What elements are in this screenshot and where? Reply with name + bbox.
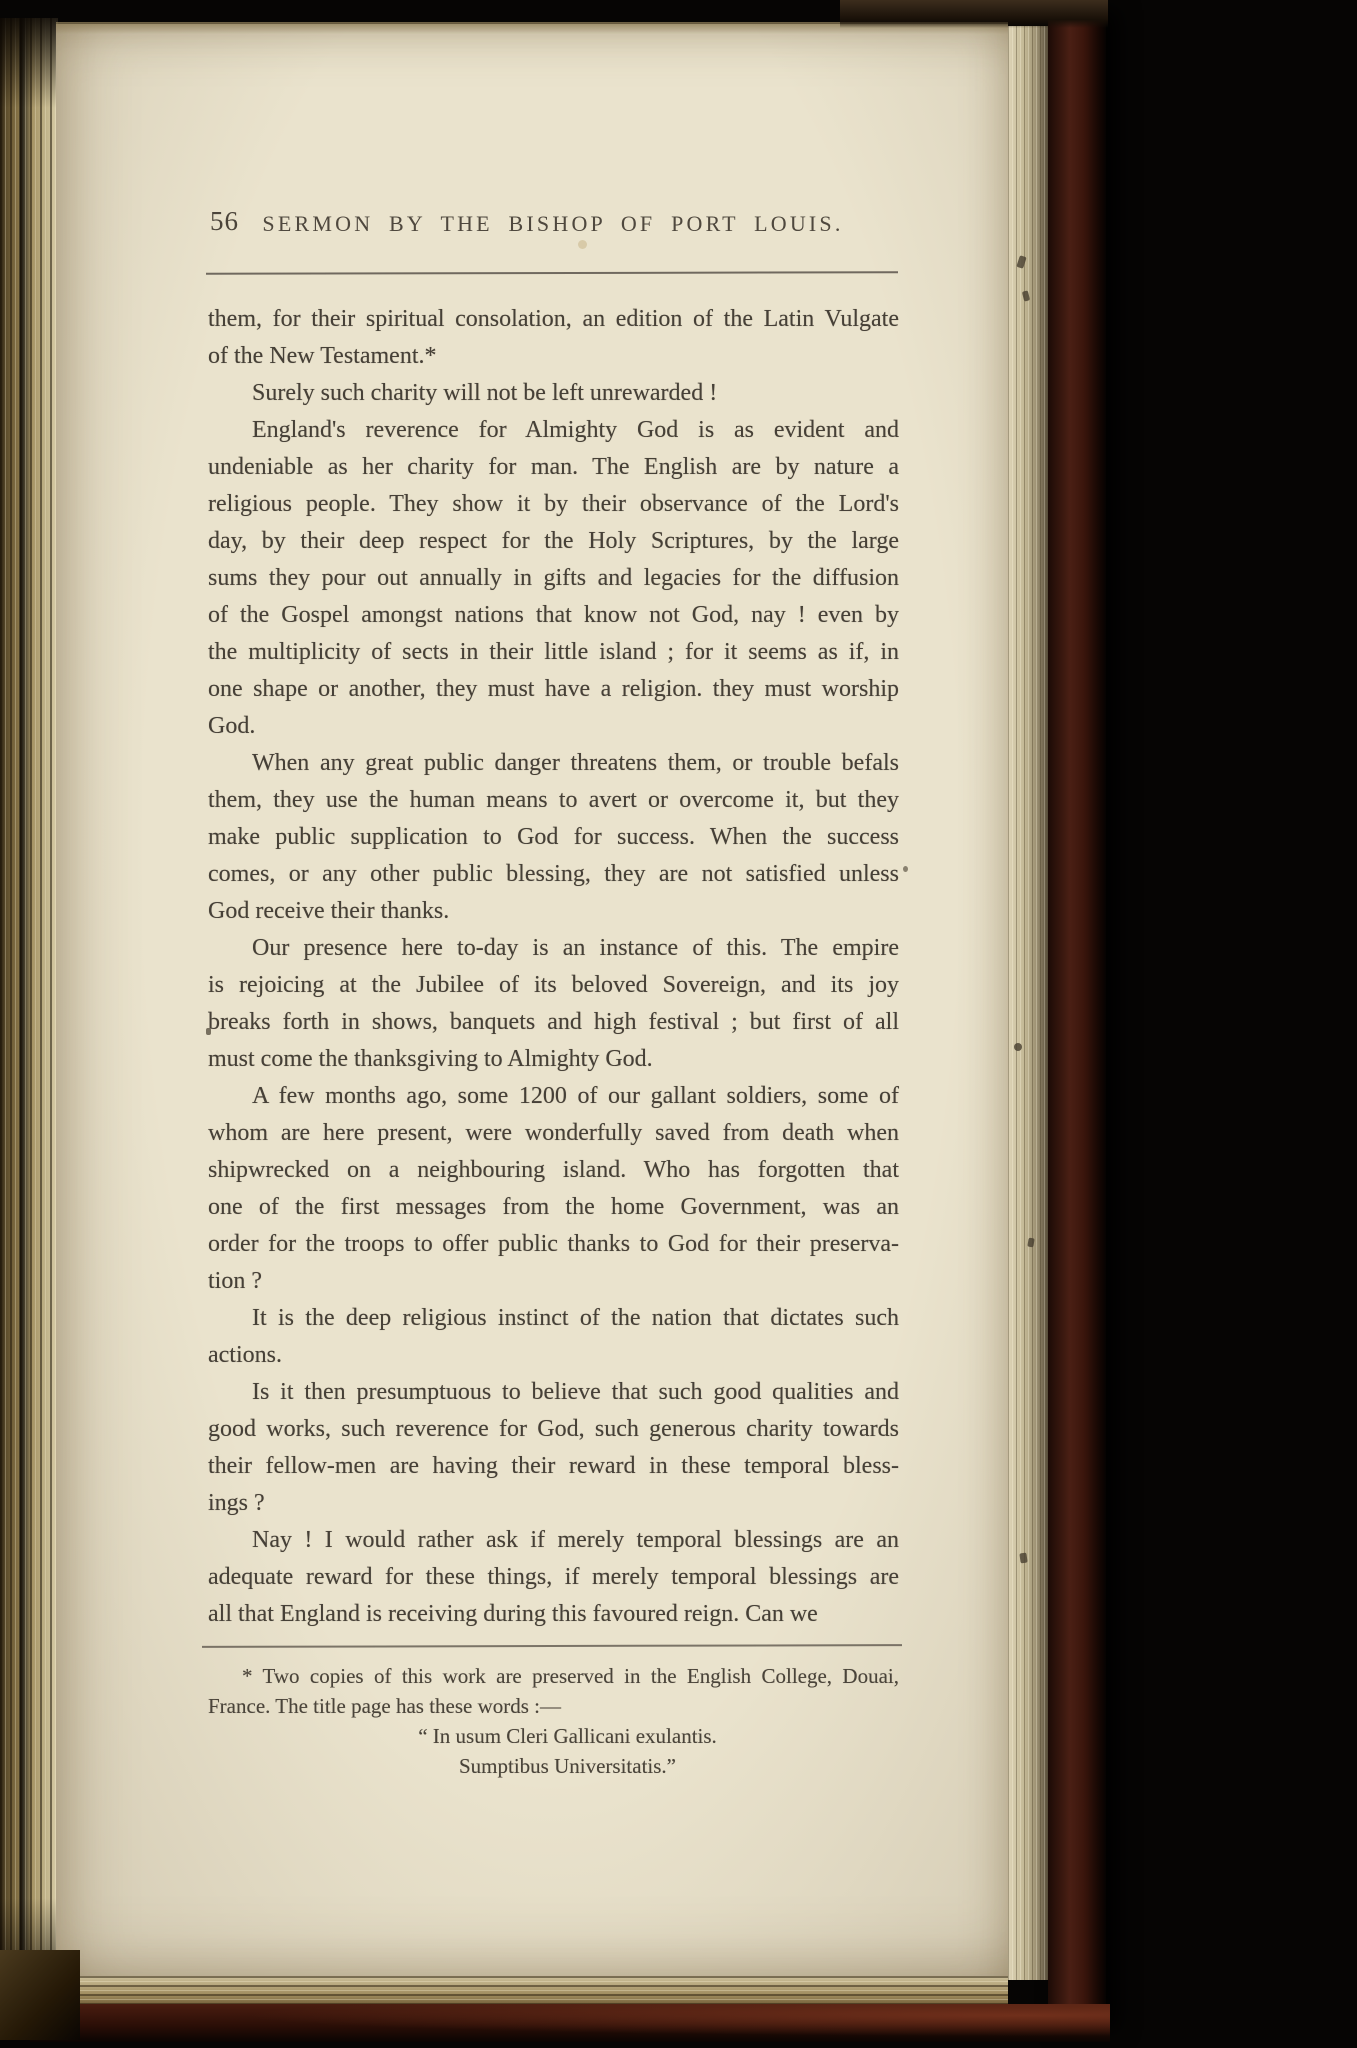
text-line: good works, such reverence for God, such… xyxy=(208,1411,899,1448)
text-line: them, for their spiritual consolation, a… xyxy=(208,301,899,338)
text-line: God receive their thanks. xyxy=(208,893,899,930)
text-line: their fellow-men are having their reward… xyxy=(208,1448,899,1485)
photo-speck xyxy=(1019,1553,1027,1564)
text-line: of the Gospel amongst nations that know … xyxy=(208,597,899,634)
left-page-edges xyxy=(0,18,58,2018)
text-line: tion ? xyxy=(208,1263,899,1300)
text-line: God. xyxy=(208,708,899,745)
text-line: them, they use the human means to avert … xyxy=(208,782,899,819)
text-line: actions. xyxy=(208,1337,899,1374)
photo-speck xyxy=(1014,1043,1022,1051)
text-line: Our presence here to-day is an instance … xyxy=(208,930,899,967)
text-line: religious people. They show it by their … xyxy=(208,486,899,523)
photo-speck xyxy=(206,1028,211,1035)
paper-stain xyxy=(578,240,587,249)
book-photograph: 56 SERMON BY THE BISHOP OF PORT LOUIS. t… xyxy=(0,0,1357,2048)
book-cover-edge-right xyxy=(1048,10,1106,2030)
text-line: must come the thanksgiving to Almighty G… xyxy=(208,1041,899,1078)
book-cover-edge-top xyxy=(840,0,1108,28)
footnote-line: Sumptibus Universitatis.” xyxy=(208,1751,899,1781)
text-line: all that England is receiving during thi… xyxy=(208,1596,899,1633)
footnote-line: “ In usum Cleri Gallicani exulantis. xyxy=(208,1721,899,1751)
body-text: them, for their spiritual consolation, a… xyxy=(208,301,899,1633)
text-line: breaks forth in shows, banquets and high… xyxy=(208,1004,899,1041)
right-page-edges xyxy=(1008,26,1048,1980)
text-line: When any great public danger threatens t… xyxy=(208,745,899,782)
text-line: A few months ago, some 1200 of our galla… xyxy=(208,1078,899,1115)
bottom-left-corner-shadow xyxy=(0,1950,80,2040)
text-line: Surely such charity will not be left unr… xyxy=(208,375,899,412)
text-line: England's reverence for Almighty God is … xyxy=(208,412,899,449)
text-line: of the New Testament.* xyxy=(208,338,899,375)
text-line: one shape or another, they must have a r… xyxy=(208,671,899,708)
text-line: It is the deep religious instinct of the… xyxy=(208,1300,899,1337)
text-line: day, by their deep respect for the Holy … xyxy=(208,523,899,560)
text-line: ings ? xyxy=(208,1485,899,1522)
text-line: is rejoicing at the Jubilee of its belov… xyxy=(208,967,899,1004)
photo-speck xyxy=(903,866,908,872)
text-line: sums they pour out annually in gifts and… xyxy=(208,560,899,597)
text-line: order for the troops to offer public tha… xyxy=(208,1226,899,1263)
text-line: whom are here present, were wonderfully … xyxy=(208,1115,899,1152)
text-line: one of the first messages from the home … xyxy=(208,1189,899,1226)
text-line: adequate reward for these things, if mer… xyxy=(208,1559,899,1596)
running-header: SERMON BY THE BISHOP OF PORT LOUIS. xyxy=(208,211,898,237)
text-line: make public supplication to God for succ… xyxy=(208,819,899,856)
text-line: comes, or any other public blessing, the… xyxy=(208,856,899,893)
book-cover-edge-bottom xyxy=(30,2004,1110,2042)
text-line: the multiplicity of sects in their littl… xyxy=(208,634,899,671)
text-line: undeniable as her charity for man. The E… xyxy=(208,449,899,486)
footnote-line: * Two copies of this work are preserved … xyxy=(208,1661,899,1691)
text-line: shipwrecked on a neighbouring island. Wh… xyxy=(208,1152,899,1189)
footnote: * Two copies of this work are preserved … xyxy=(208,1661,899,1781)
text-line: Is it then presumptuous to believe that … xyxy=(208,1374,899,1411)
text-line: Nay ! I would rather ask if merely tempo… xyxy=(208,1522,899,1559)
footnote-line: France. The title page has these words :… xyxy=(208,1691,899,1721)
